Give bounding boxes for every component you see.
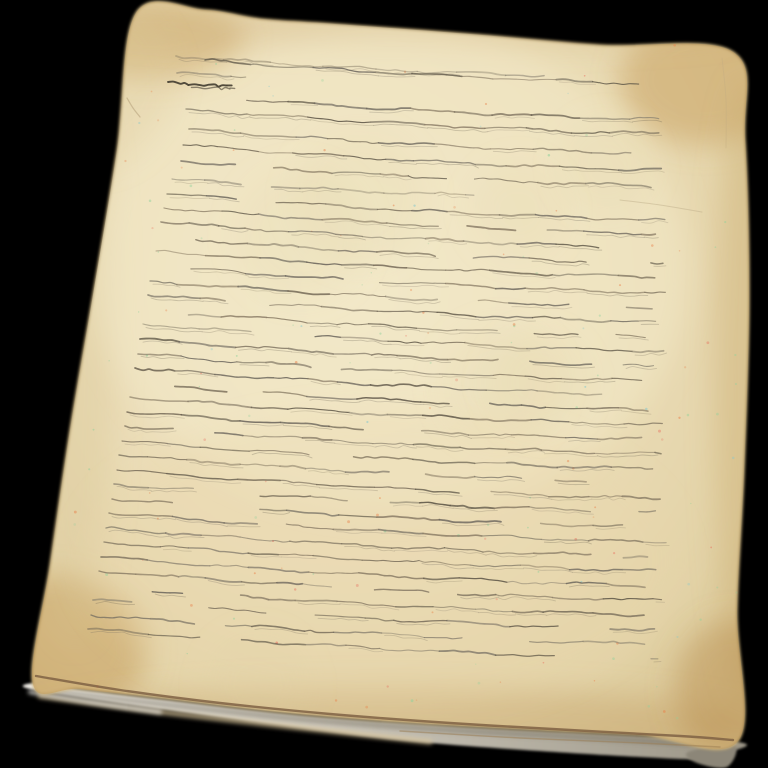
paper-speckle (735, 591, 737, 593)
paper-speckle (347, 520, 350, 523)
paper-speckle (612, 657, 615, 660)
paper-speckle (268, 86, 269, 87)
paper-speckle (379, 333, 381, 335)
paper-speckle (484, 538, 486, 540)
paper-speckle (687, 583, 690, 586)
paper-speckle (661, 438, 664, 441)
scribble-stroke (641, 234, 655, 235)
paper-speckle (676, 636, 678, 638)
paper-speckle (254, 572, 256, 574)
paper-speckle (710, 547, 712, 549)
paper-speckle (321, 79, 324, 82)
paper-speckle (371, 272, 372, 273)
paper-speckle (323, 149, 325, 151)
paper-speckle (233, 149, 235, 151)
paper-speckle (647, 705, 650, 708)
paper-speckle (405, 335, 407, 337)
scribble-stroke (475, 463, 507, 464)
paper-speckle (181, 167, 183, 169)
paper-speckle (584, 386, 586, 388)
paper-speckle (93, 429, 95, 431)
paper-speckle (527, 527, 529, 529)
scribble-stroke (269, 600, 296, 601)
paper-speckle (503, 254, 505, 256)
paper-speckle (265, 480, 267, 482)
paper-speckle (556, 210, 558, 212)
paper-speckle (687, 414, 690, 417)
paper-speckle (88, 468, 90, 470)
scribble-stroke (587, 408, 618, 409)
scribble-stroke (458, 595, 496, 596)
paper-speckle (724, 221, 726, 223)
scribble-stroke (396, 606, 433, 607)
paper-speckle (699, 619, 701, 621)
paper-speckle (511, 342, 513, 344)
paper-speckle (679, 250, 681, 252)
paper-speckle (201, 237, 203, 239)
paper-speckle (543, 662, 545, 664)
scribble-stroke (238, 479, 280, 480)
scribble-stroke (333, 529, 379, 530)
paper-speckle (716, 413, 719, 416)
paper-speckle (254, 516, 257, 519)
paper-speckle (500, 681, 501, 682)
paper-speckle (190, 604, 193, 607)
shading-blob (80, 410, 680, 710)
scribble-stroke (334, 632, 382, 633)
paper-speckle (158, 251, 159, 252)
paper-speckle (410, 289, 412, 291)
paper-speckle (735, 383, 737, 385)
paper-speckle (455, 378, 458, 381)
scribble-stroke (492, 114, 531, 115)
paper-speckle (149, 200, 152, 203)
paper-speckle (651, 244, 654, 247)
paper-speckle (149, 492, 151, 494)
paper-speckle (74, 511, 77, 514)
paper-speckle (356, 584, 359, 587)
paper-speckle (582, 327, 584, 329)
paper-speckle (715, 246, 717, 248)
paper-speckle (658, 430, 661, 433)
scribble-stroke (579, 118, 629, 119)
paper-speckle (485, 103, 487, 105)
scribble-stroke (496, 288, 526, 289)
paper-speckle (690, 503, 691, 504)
paper-speckle (157, 119, 159, 121)
scribble-stroke (457, 330, 497, 331)
paper-speckle (379, 497, 381, 499)
scribble-stroke (342, 264, 374, 265)
paper-speckle (108, 360, 110, 362)
scribble-stroke (346, 472, 389, 473)
paper-speckle (312, 573, 314, 575)
scribble-stroke (295, 600, 337, 601)
scribble-stroke (260, 496, 310, 497)
paper-speckle (513, 323, 516, 326)
paper-speckle (599, 314, 601, 316)
paper-speckle (430, 362, 432, 364)
paper-speckle (376, 514, 379, 517)
paper-speckle (584, 75, 586, 77)
paper-speckle (567, 93, 568, 94)
paper-speckle (716, 586, 718, 588)
paper-speckle (234, 129, 236, 131)
manuscript-illustration (0, 0, 768, 768)
paper-speckle (387, 685, 389, 687)
scribble-stroke (379, 283, 445, 284)
paper-speckle (292, 324, 293, 325)
paper-speckle (684, 366, 686, 368)
paper-speckle (597, 374, 599, 376)
paper-speckle (233, 618, 235, 620)
paper-speckle (663, 710, 666, 713)
paper-speckle (73, 523, 76, 526)
paper-speckle (548, 154, 551, 157)
paper-speckle (656, 686, 658, 688)
emoji-scene (0, 0, 768, 768)
paper-speckle (678, 417, 680, 419)
paper-speckle (281, 568, 282, 569)
paper-speckle (428, 243, 430, 245)
paper-speckle (429, 407, 431, 409)
paper-speckle (496, 598, 498, 600)
paper-speckle (365, 706, 368, 709)
paper-speckle (151, 91, 153, 93)
paper-speckle (272, 95, 274, 97)
paper-speckle (294, 588, 296, 590)
paper-speckle (734, 354, 736, 356)
paper-speckle (151, 227, 153, 229)
scribble-stroke (224, 523, 257, 524)
paper-speckle (393, 204, 395, 206)
paper-speckle (211, 348, 213, 350)
scribble-stroke (390, 502, 419, 503)
paper-speckle (613, 552, 615, 554)
paper-speckle (199, 386, 200, 387)
paper-speckle (706, 341, 709, 344)
paper-speckle (594, 506, 596, 508)
paper-speckle (480, 126, 482, 128)
paper-speckle (190, 185, 193, 188)
paper-speckle (567, 460, 569, 462)
paper-speckle (593, 516, 595, 518)
paper-speckle (411, 699, 414, 702)
paper-speckle (138, 311, 139, 312)
paper-speckle (416, 699, 417, 700)
paper-speckle (335, 699, 337, 701)
paper-speckle (732, 457, 735, 460)
scribble-stroke (638, 321, 655, 322)
paper-speckle (673, 44, 676, 47)
paper-speckle (366, 421, 368, 423)
scribble-stroke (148, 488, 193, 489)
paper-speckle (248, 415, 250, 417)
paper-speckle (349, 362, 351, 364)
paper-speckle (165, 309, 167, 311)
paper-speckle (478, 682, 481, 685)
paper-speckle (138, 122, 140, 124)
scribble-stroke (387, 415, 422, 416)
paper-speckle (676, 717, 679, 720)
paper-speckle (453, 206, 456, 209)
paper-speckle (215, 63, 217, 65)
paper-speckle (538, 571, 540, 573)
paper-speckle (300, 325, 302, 327)
paper-mottle (234, 167, 367, 300)
paper-speckle (619, 284, 621, 286)
paper-speckle (413, 204, 415, 206)
paper-speckle (187, 653, 188, 654)
paper-speckle (432, 611, 434, 613)
paper-speckle (362, 284, 363, 285)
paper-speckle (203, 438, 206, 441)
paper-speckle (124, 160, 126, 162)
paper-speckle (475, 663, 476, 664)
paper-speckle (594, 680, 596, 682)
paper-speckle (236, 355, 238, 357)
